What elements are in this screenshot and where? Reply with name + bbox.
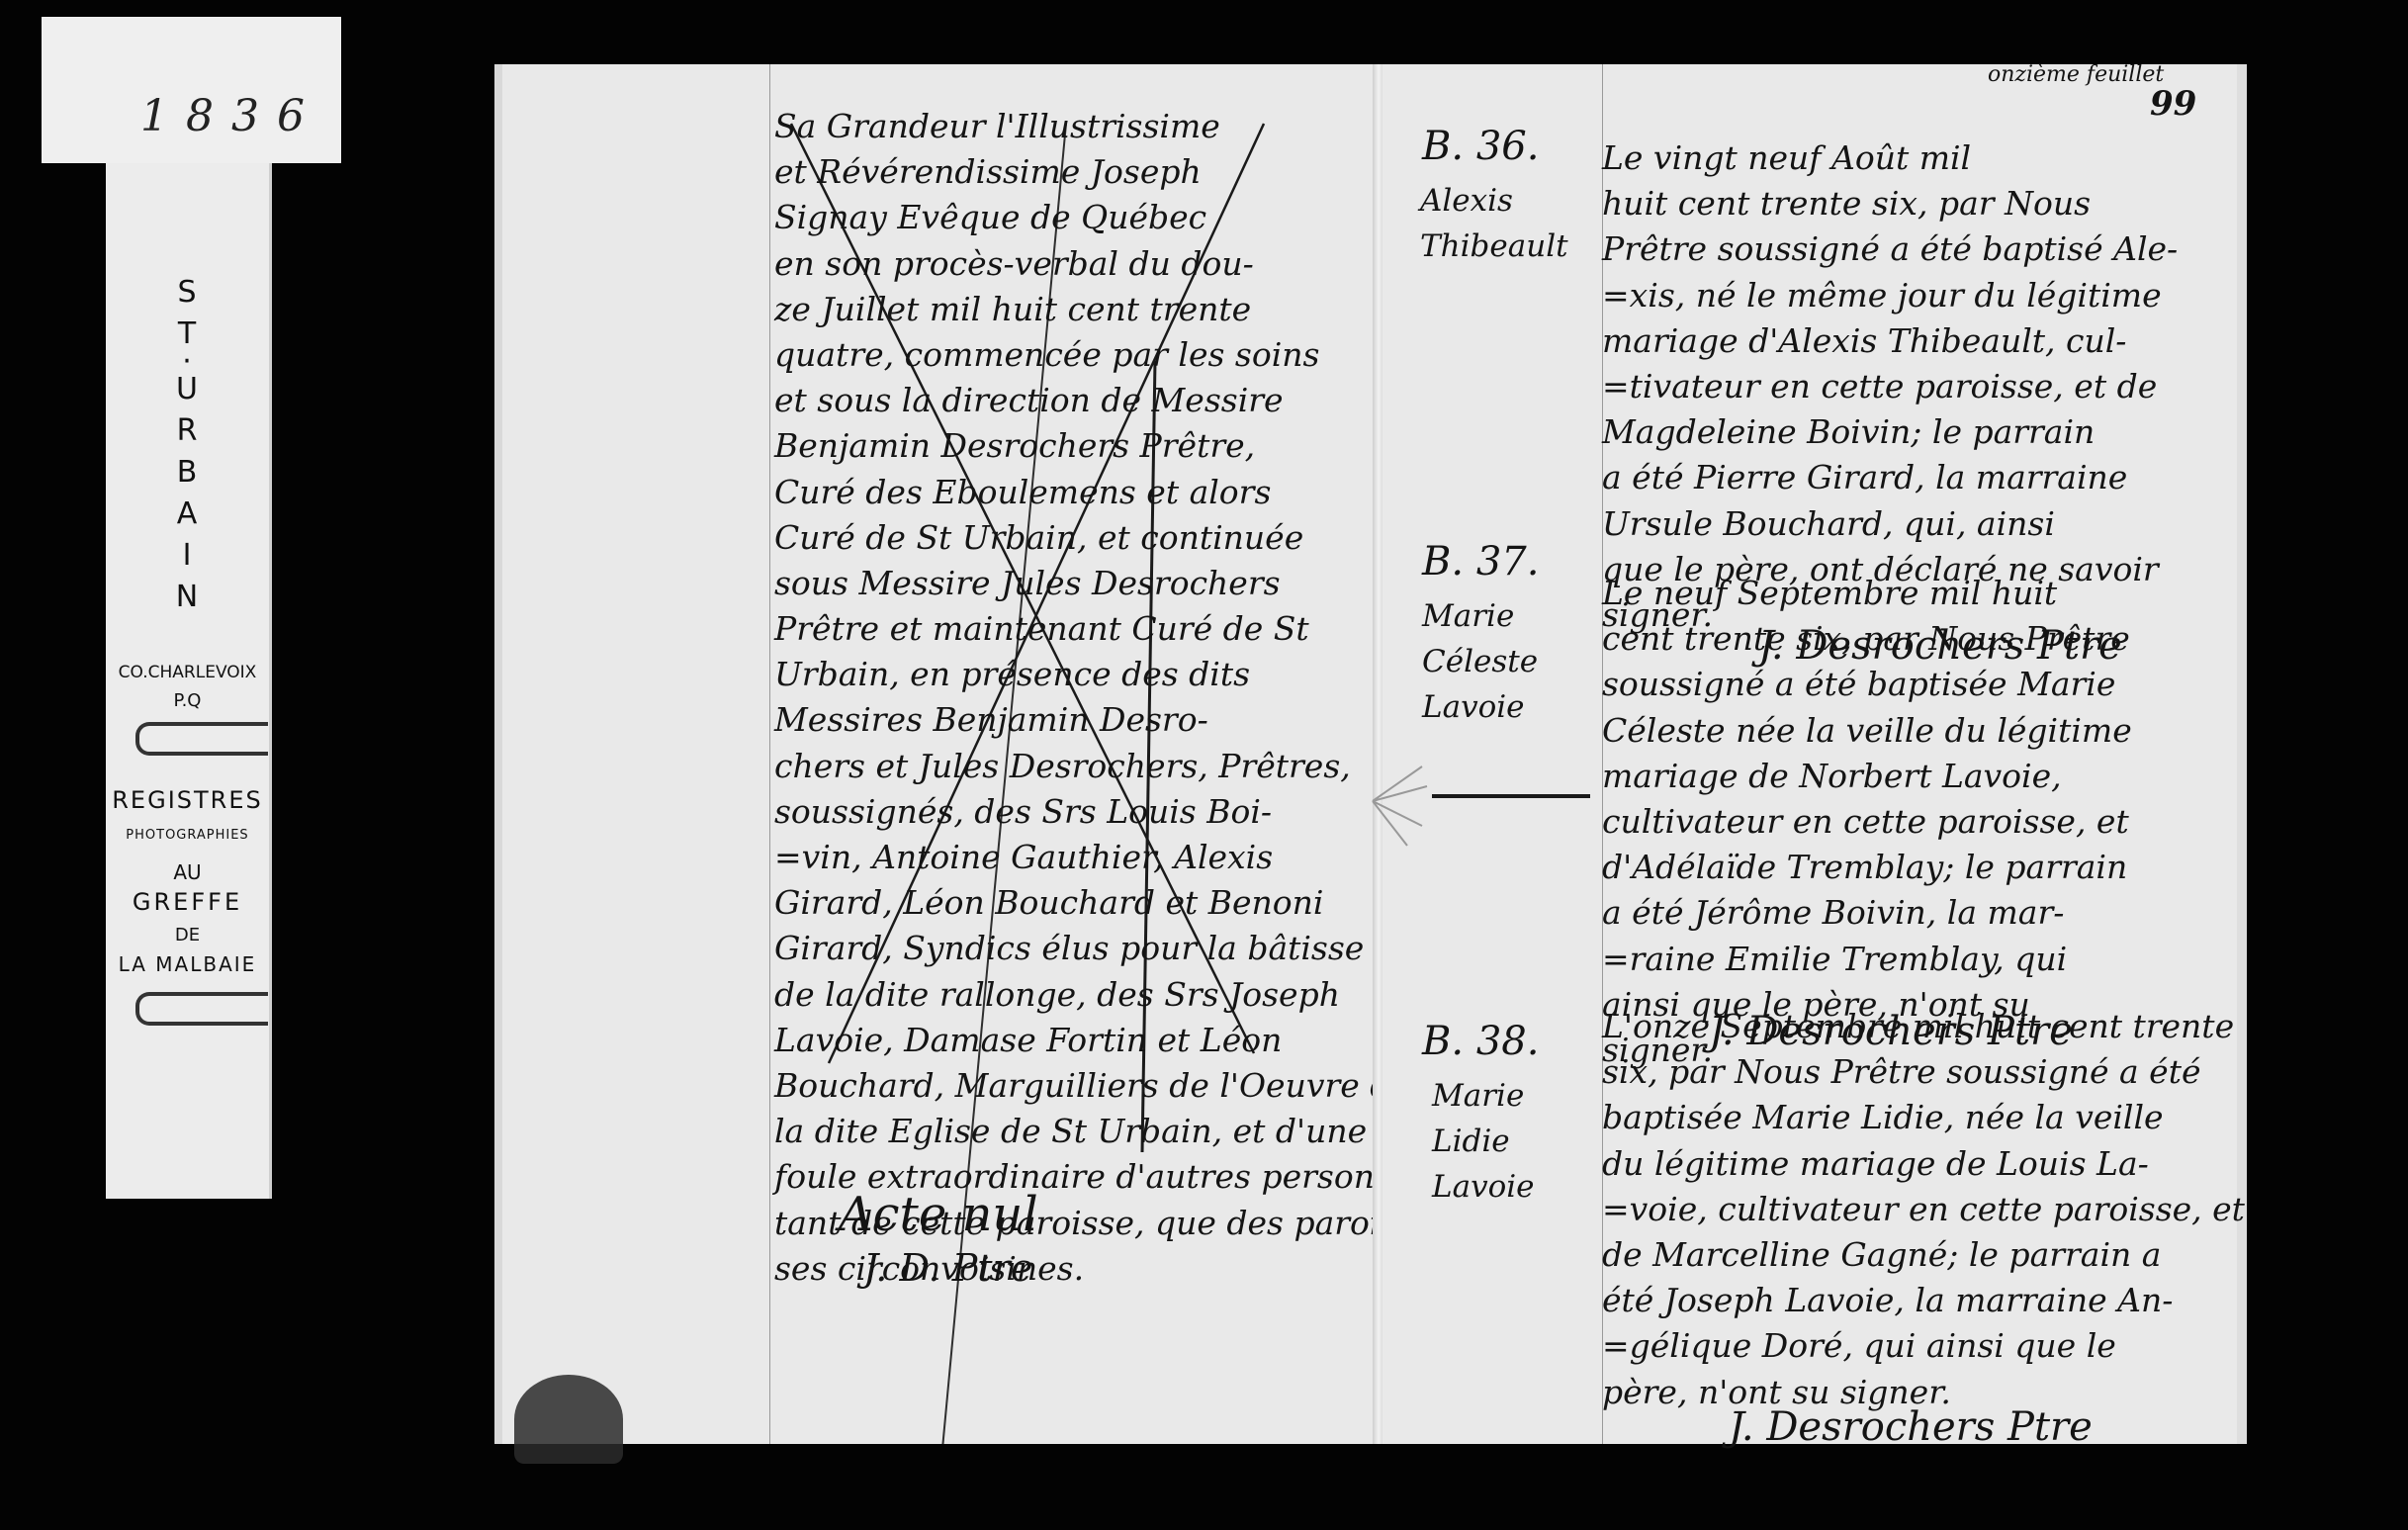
handwritten-line: Sa Grandeur l'Illustrissime: [774, 104, 1432, 149]
thumb-shadow: [514, 1375, 623, 1464]
handwritten-line: baptisée Marie Lidie, née la veille: [1602, 1095, 2245, 1140]
handwritten-line: été Joseph Lavoie, la marraine An-: [1602, 1278, 2245, 1323]
entry-body: Le neuf Septembre mil huitcent trente si…: [1602, 571, 2132, 1073]
handwritten-line: Benjamin Desrochers Prêtre,: [774, 423, 1432, 469]
handwritten-line: cultivateur en cette paroisse, et: [1602, 799, 2132, 845]
handwritten-line: Bouchard, Marguilliers de l'Oeuvre de: [774, 1063, 1432, 1109]
registry-line: DE: [106, 925, 269, 945]
parish-letter: S: [106, 272, 269, 314]
handwritten-line: Ursule Bouchard, qui, ainsi: [1602, 501, 2178, 547]
handwritten-line: cent trente six, par Nous Prêtre: [1602, 616, 2132, 662]
handwritten-line: Le vingt neuf Août mil: [1602, 135, 2178, 181]
handwritten-line: soussigné a été baptisée Marie: [1602, 662, 2132, 707]
paper-clip-icon: [135, 992, 268, 1026]
handwritten-line: =raine Emilie Tremblay, qui: [1602, 937, 2132, 982]
handwritten-line: L'onze Septembre mil huit cent trente: [1602, 1004, 2245, 1049]
handwritten-line: huit cent trente six, par Nous: [1602, 181, 2178, 226]
handwritten-line: de la dite rallonge, des Srs Joseph: [774, 972, 1432, 1018]
handwritten-line: =xis, né le même jour du légitime: [1602, 273, 2178, 318]
handwritten-line: six, par Nous Prêtre soussigné a été: [1602, 1049, 2245, 1095]
cancelled-act-text: Sa Grandeur l'Illustrissimeet Révérendis…: [774, 104, 1432, 1292]
handwritten-line: sous Messire Jules Desrochers: [774, 561, 1432, 606]
priest-signature: J. Desrochers Ptre: [1729, 1404, 2093, 1450]
parish-name-vertical: ST·URBAIN: [106, 272, 269, 618]
entry-body: L'onze Septembre mil huit cent trentesix…: [1602, 1004, 2245, 1415]
parish-letter: B: [106, 452, 269, 494]
handwritten-line: Curé des Eboulemens et alors: [774, 470, 1432, 515]
handwritten-line: Magdeleine Boivin; le parrain: [1602, 409, 2178, 455]
entry-name: Alexis Thibeault: [1420, 178, 1568, 269]
parish-letter: R: [106, 410, 269, 452]
paper-clip-icon: [135, 722, 268, 756]
handwritten-line: Girard, Léon Bouchard et Benoni: [774, 880, 1432, 926]
handwritten-line: Le neuf Septembre mil huit: [1602, 571, 2132, 616]
register-left-page: Sa Grandeur l'Illustrissimeet Révérendis…: [494, 64, 1382, 1444]
handwritten-line: d'Adélaïde Tremblay; le parrain: [1602, 845, 2132, 890]
handwritten-line: Céleste née la veille du légitime: [1602, 708, 2132, 754]
entry-ref: B. 38.: [1422, 1019, 1539, 1064]
year-label-card: 1836: [42, 17, 341, 163]
entry-name: Marie Céleste Lavoie: [1422, 593, 1538, 730]
county-label: CO.CHARLEVOIX: [106, 663, 269, 682]
registry-line: PHOTOGRAPHIES: [106, 828, 269, 843]
archive-label-strip: ST·URBAIN CO.CHARLEVOIX P.Q REGISTRES PH…: [106, 163, 272, 1199]
handwritten-line: Urbain, en présence des dits: [774, 652, 1432, 697]
registry-line: GREFFE: [106, 888, 269, 916]
province-label: P.Q: [106, 690, 269, 711]
handwritten-line: et sous la direction de Messire: [774, 378, 1432, 423]
handwritten-line: quatre, commencée par les soins: [774, 332, 1432, 378]
registry-line: AU: [106, 860, 269, 884]
register-right-page: onzième feuillet 99 B. 36. Alexis Thibea…: [1382, 64, 2247, 1444]
handwritten-line: mariage d'Alexis Thibeault, cul-: [1602, 318, 2178, 364]
handwritten-line: Prêtre soussigné a été baptisé Ale-: [1602, 226, 2178, 272]
handwritten-line: Curé de St Urbain, et continuée: [774, 515, 1432, 561]
registry-line: LA MALBAIE: [106, 952, 269, 976]
entry-name: Marie Lidie Lavoie: [1432, 1073, 1535, 1210]
handwritten-line: =gélique Doré, qui ainsi que le: [1602, 1323, 2245, 1369]
handwritten-line: du légitime mariage de Louis La-: [1602, 1141, 2245, 1187]
handwritten-line: et Révérendissime Joseph: [774, 149, 1432, 195]
parish-letter: ·: [106, 355, 269, 369]
folio-number: 99: [2150, 84, 2196, 124]
handwritten-line: soussignés, des Srs Louis Boi-: [774, 789, 1432, 835]
handwritten-line: =vin, Antoine Gauthier, Alexis: [774, 835, 1432, 880]
folio-note: onzième feuillet: [1988, 62, 2164, 87]
handwritten-line: la dite Eglise de St Urbain, et d'une: [774, 1109, 1432, 1154]
handwritten-line: =voie, cultivateur en cette paroisse, et: [1602, 1187, 2245, 1232]
parish-letter: I: [106, 535, 269, 577]
entry-ref: B. 37.: [1422, 539, 1539, 585]
handwritten-line: a été Jérôme Boivin, la mar-: [1602, 890, 2132, 936]
handwritten-line: Lavoie, Damase Fortin et Léon: [774, 1018, 1432, 1063]
handwritten-line: Prêtre et maintenant Curé de St: [774, 606, 1432, 652]
handwritten-line: ze Juillet mil huit cent trente: [774, 287, 1432, 332]
handwritten-line: de Marcelline Gagné; le parrain a: [1602, 1232, 2245, 1278]
parish-letter: U: [106, 369, 269, 410]
handwritten-line: =tivateur en cette paroisse, et de: [1602, 364, 2178, 409]
handwritten-line: mariage de Norbert Lavoie,: [1602, 754, 2132, 799]
annotation-initials: J. D. Ptre: [863, 1246, 1032, 1290]
parish-letter: N: [106, 577, 269, 618]
entry-underline: [1432, 794, 1590, 798]
handwritten-line: en son procès-verbal du dou-: [774, 241, 1432, 287]
year-label: 1836: [140, 91, 322, 141]
entry-ref: B. 36.: [1422, 124, 1539, 169]
handwritten-line: chers et Jules Desrochers, Prêtres,: [774, 744, 1432, 789]
bookmark-ribbon-icon: [1363, 747, 1442, 855]
handwritten-line: Girard, Syndics élus pour la bâtisse: [774, 926, 1432, 971]
entry-body: Le vingt neuf Août milhuit cent trente s…: [1602, 135, 2178, 638]
annotation-acte-nul: Acte nul: [839, 1187, 1038, 1242]
handwritten-line: a été Pierre Girard, la marraine: [1602, 455, 2178, 500]
registry-line: REGISTRES: [106, 786, 269, 814]
handwritten-line: Messires Benjamin Desro-: [774, 697, 1432, 743]
parish-letter: A: [106, 494, 269, 535]
handwritten-line: Signay Evêque de Québec: [774, 195, 1432, 240]
